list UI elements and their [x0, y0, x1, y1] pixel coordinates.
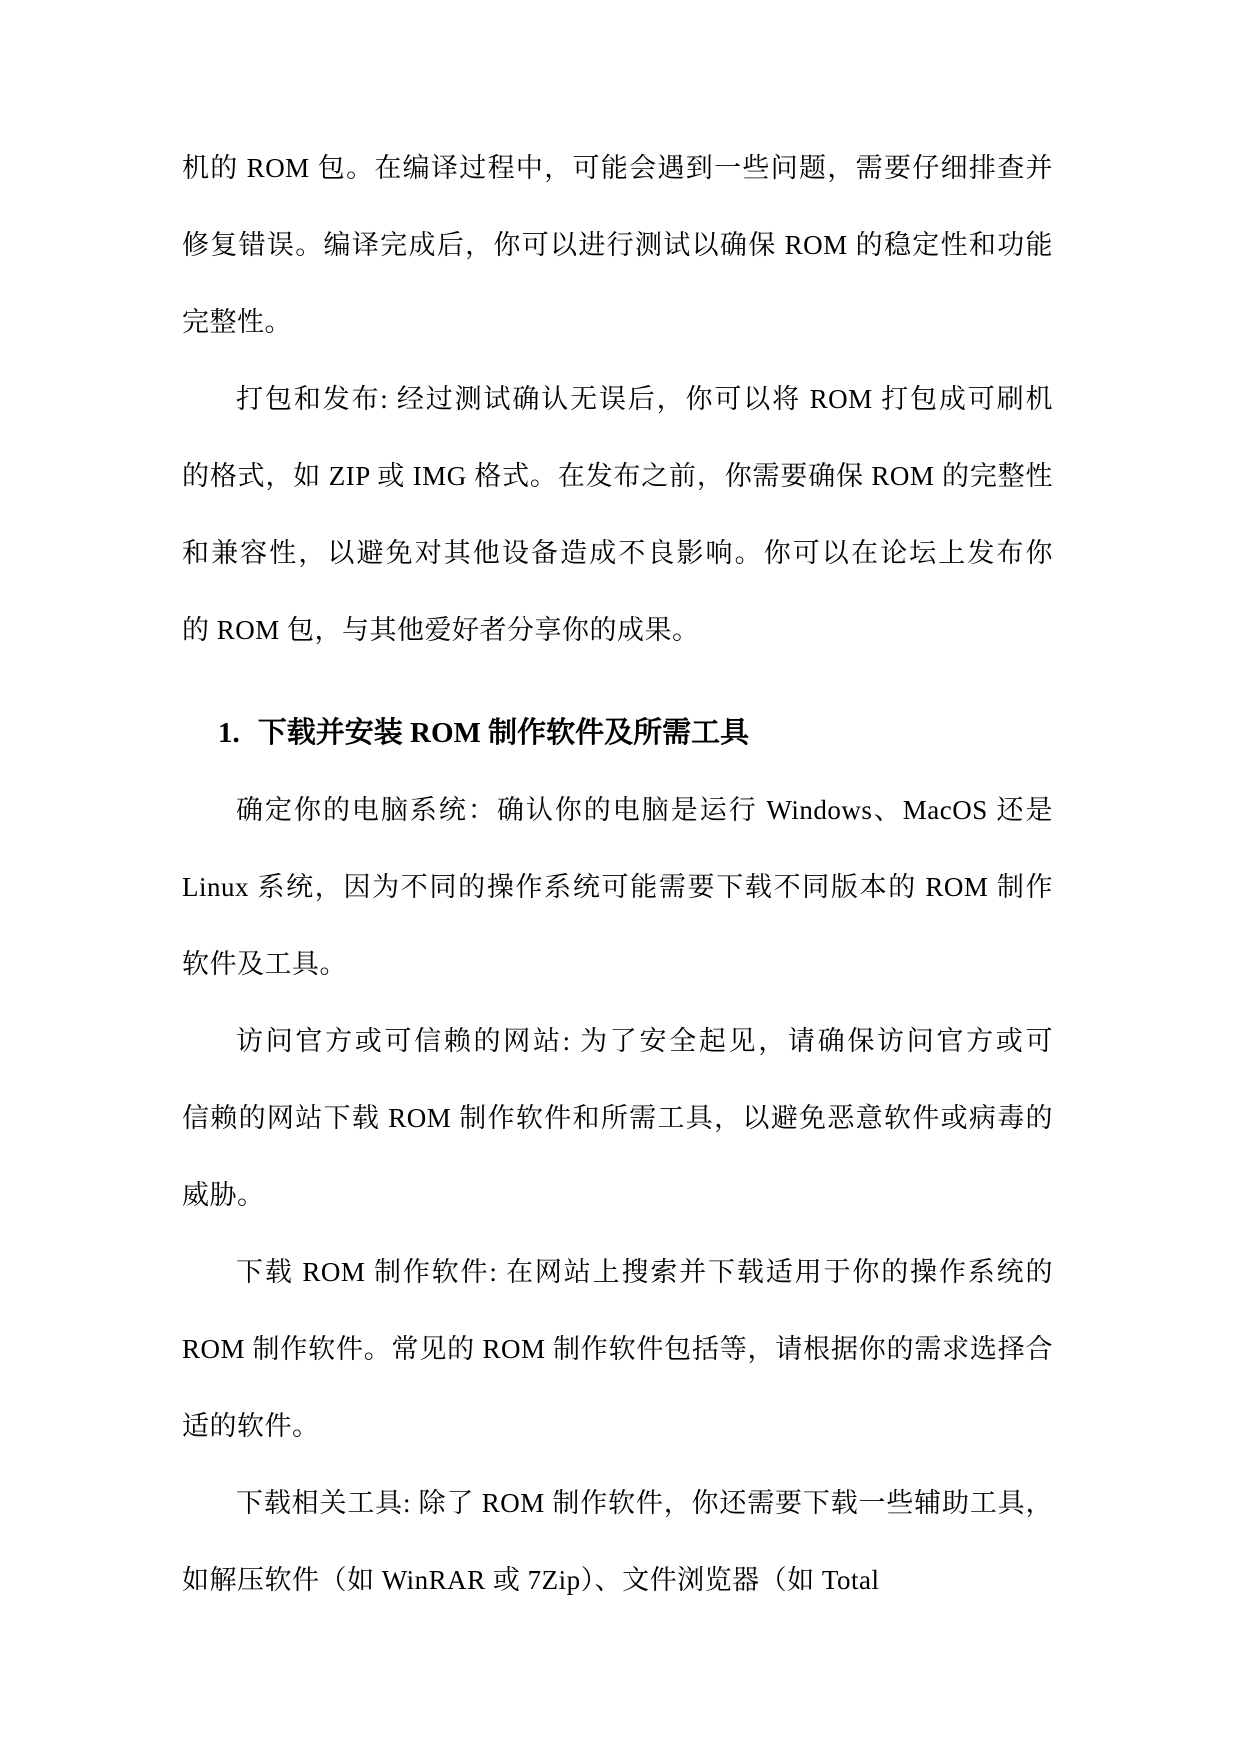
paragraph-package-release: 打包和发布: 经过测试确认无误后，你可以将 ROM 打包成可刷机 的格式，如 Z…: [182, 361, 1053, 669]
text-line: 的格式，如 ZIP 或 IMG 格式。在发布之前，你需要确保 ROM 的完整性: [182, 438, 1053, 515]
section-heading: 1.下载并安装 ROM 制作软件及所需工具: [182, 695, 1053, 772]
paragraph-trusted-sites: 访问官方或可信赖的网站: 为了安全起见，请确保访问官方或可 信赖的网站下载 RO…: [182, 1003, 1053, 1234]
text-line: 威胁。: [182, 1157, 1053, 1234]
text-line: 和兼容性，以避免对其他设备造成不良影响。你可以在论坛上发布你: [182, 515, 1053, 592]
text-line: 打包和发布: 经过测试确认无误后，你可以将 ROM 打包成可刷机: [182, 361, 1053, 438]
text-line: 访问官方或可信赖的网站: 为了安全起见，请确保访问官方或可: [182, 1003, 1053, 1080]
paragraph-determine-os: 确定你的电脑系统：确认你的电脑是运行 Windows、MacOS 还是 Linu…: [182, 772, 1053, 1003]
text-line: 适的软件。: [182, 1388, 1053, 1465]
heading-number: 1.: [218, 717, 240, 749]
paragraph-compile-test: 机的 ROM 包。在编译过程中，可能会遇到一些问题，需要仔细排查并 修复错误。编…: [182, 130, 1053, 361]
paragraph-download-tools: 下载相关工具: 除了 ROM 制作软件，你还需要下载一些辅助工具， 如解压软件（…: [182, 1465, 1053, 1619]
text-line: 机的 ROM 包。在编译过程中，可能会遇到一些问题，需要仔细排查并: [182, 130, 1053, 207]
text-line: 软件及工具。: [182, 926, 1053, 1003]
heading-text: 下载并安装 ROM 制作软件及所需工具: [258, 717, 749, 749]
text-line: 如解压软件（如 WinRAR 或 7Zip）、文件浏览器（如 Total: [182, 1542, 1053, 1619]
text-line: 修复错误。编译完成后，你可以进行测试以确保 ROM 的稳定性和功能: [182, 207, 1053, 284]
text-line: 信赖的网站下载 ROM 制作软件和所需工具，以避免恶意软件或病毒的: [182, 1080, 1053, 1157]
text-line: ROM 制作软件。常见的 ROM 制作软件包括等，请根据你的需求选择合: [182, 1311, 1053, 1388]
text-line: 下载相关工具: 除了 ROM 制作软件，你还需要下载一些辅助工具，: [182, 1465, 1053, 1542]
text-line: Linux 系统，因为不同的操作系统可能需要下载不同版本的 ROM 制作: [182, 849, 1053, 926]
paragraph-download-rom-software: 下载 ROM 制作软件: 在网站上搜索并下载适用于你的操作系统的 ROM 制作软…: [182, 1234, 1053, 1465]
document-page: 机的 ROM 包。在编译过程中，可能会遇到一些问题，需要仔细排查并 修复错误。编…: [0, 0, 1241, 1754]
text-line: 确定你的电脑系统：确认你的电脑是运行 Windows、MacOS 还是: [182, 772, 1053, 849]
text-line: 完整性。: [182, 284, 1053, 361]
text-line: 下载 ROM 制作软件: 在网站上搜索并下载适用于你的操作系统的: [182, 1234, 1053, 1311]
text-line: 的 ROM 包，与其他爱好者分享你的成果。: [182, 592, 1053, 669]
